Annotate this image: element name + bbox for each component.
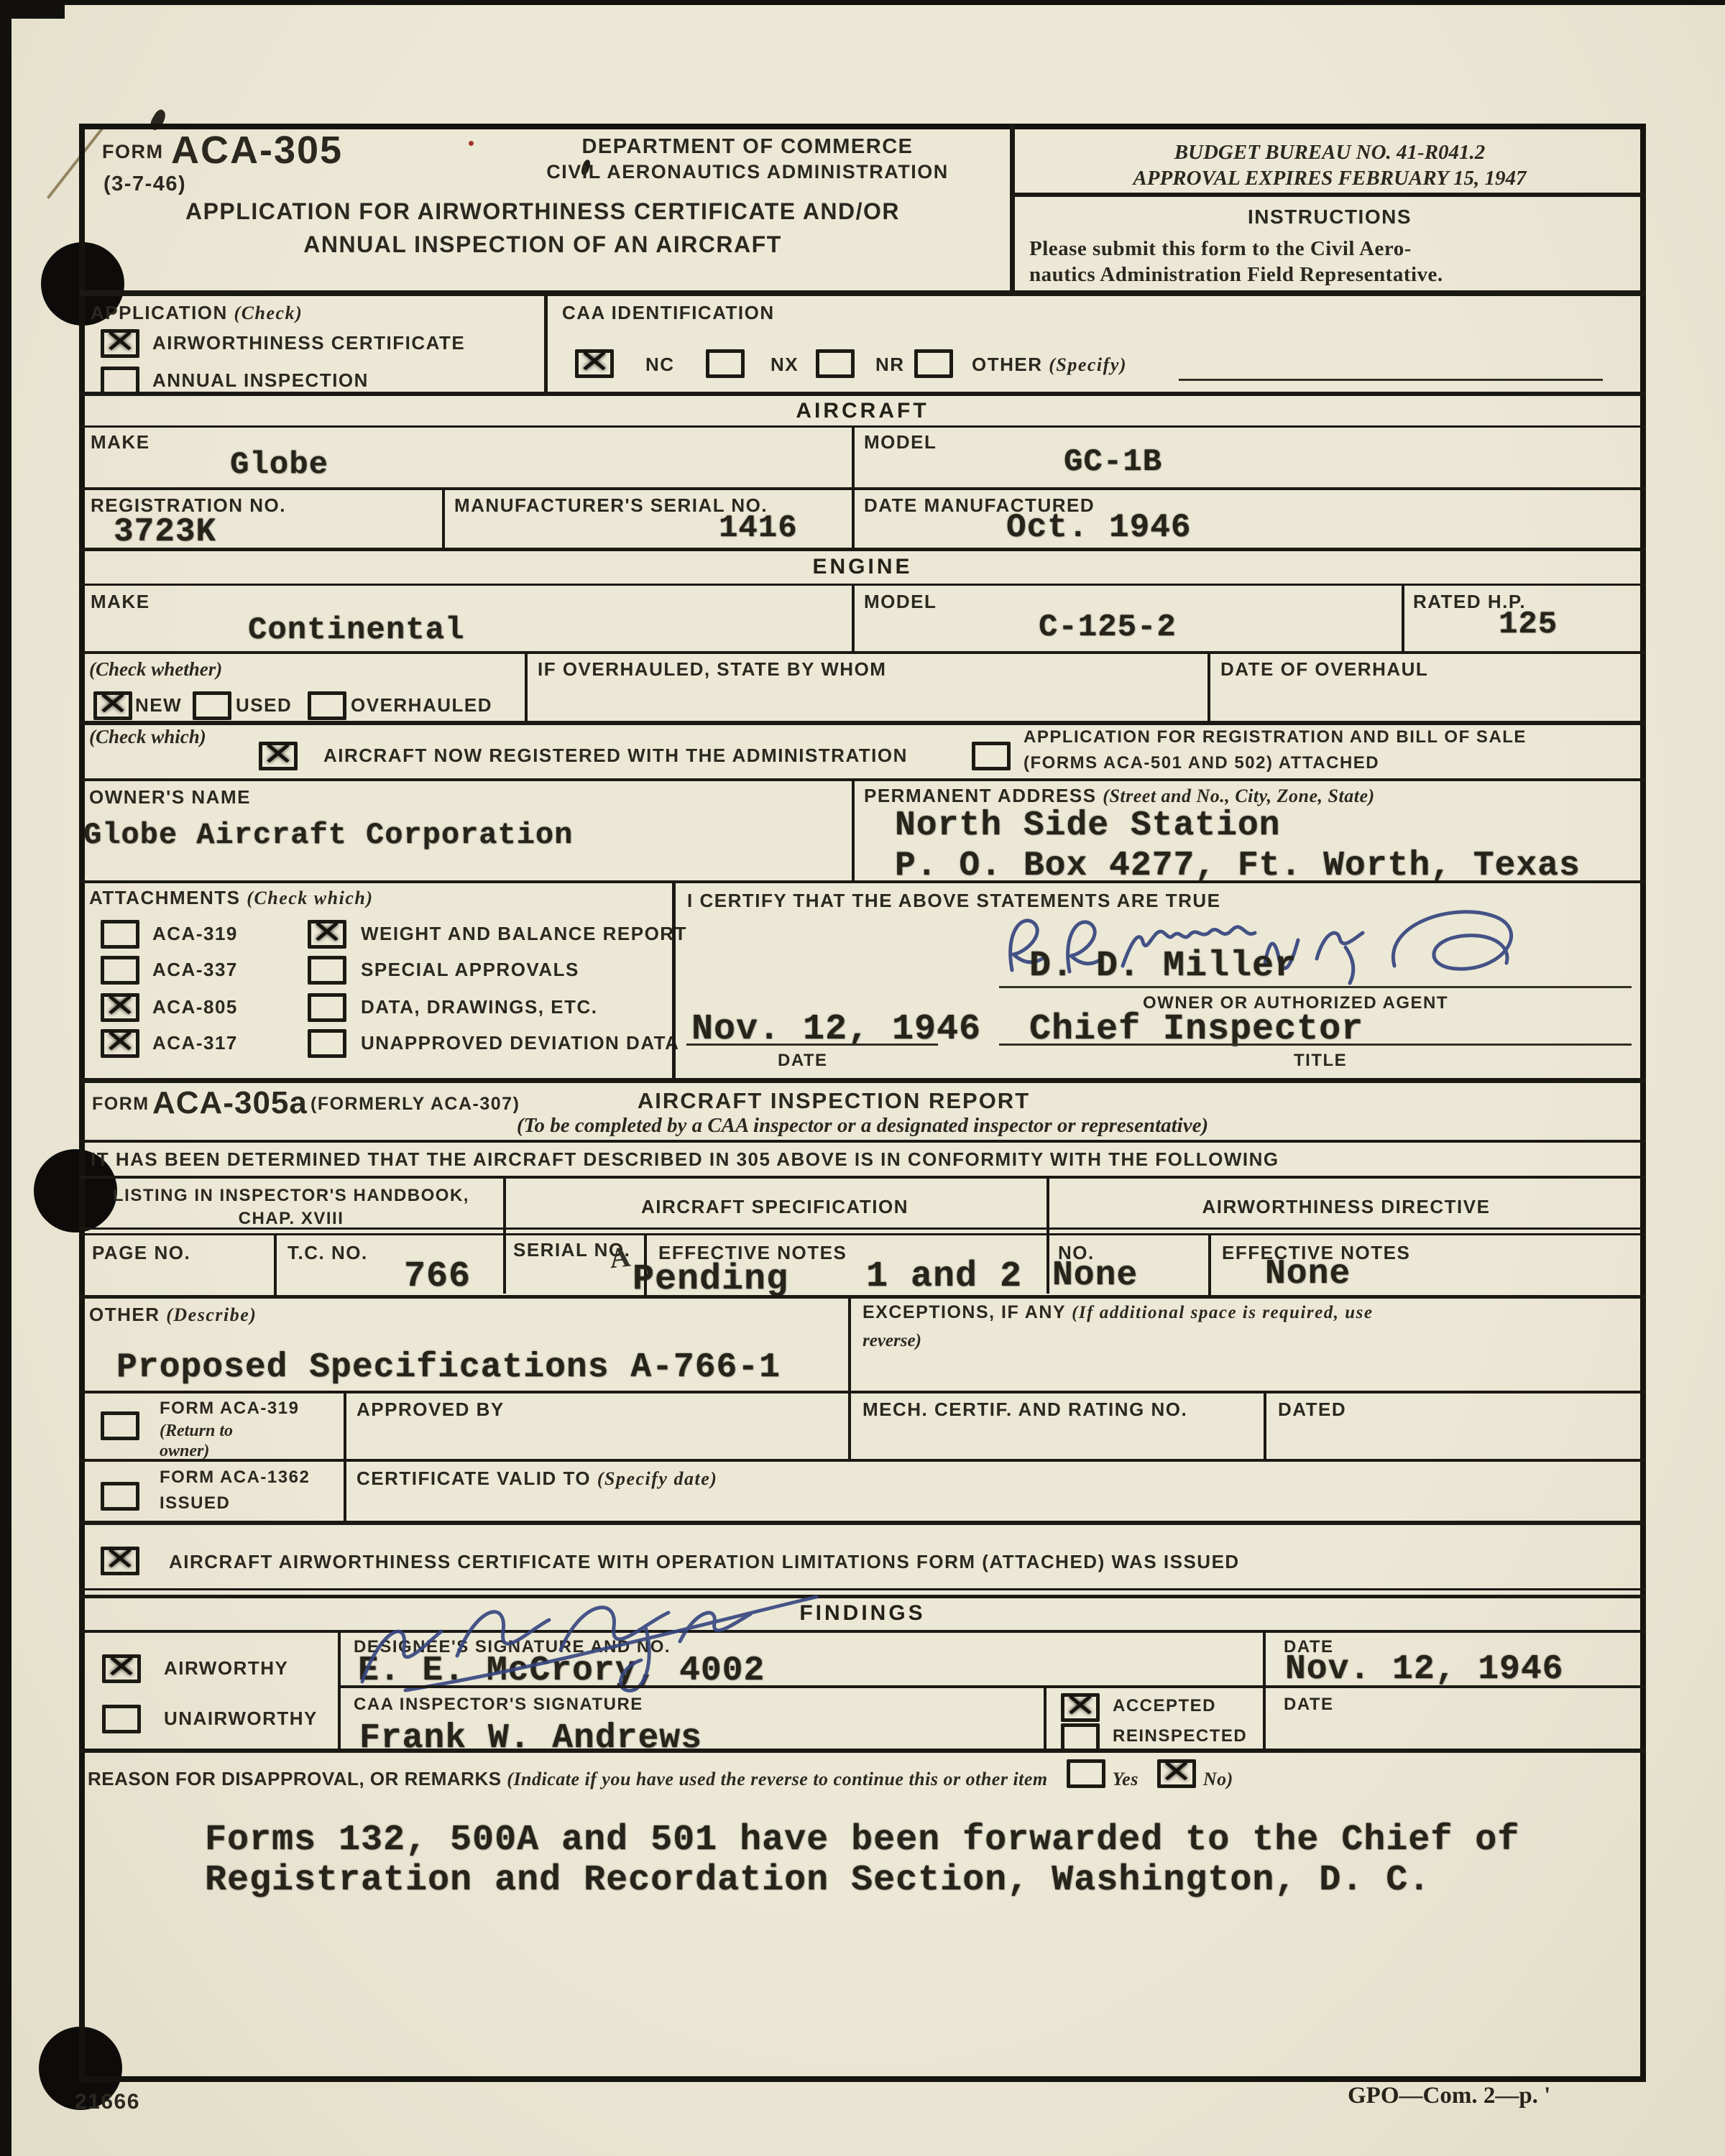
aircraft-make-value: Globe	[230, 447, 328, 483]
aca-319-checkbox[interactable]	[101, 920, 139, 949]
rule	[79, 584, 1646, 586]
report-title: AIRCRAFT INSPECTION REPORT	[546, 1088, 1121, 1114]
rule	[1010, 193, 1646, 197]
rule	[852, 584, 855, 651]
rated-hp-value: 125	[1499, 607, 1558, 642]
annual-inspection-label: ANNUAL INSPECTION	[152, 369, 369, 392]
form-aca-319-label2: (Return to	[160, 1422, 233, 1441]
bill-of-sale-checkbox[interactable]	[972, 742, 1011, 770]
remarks-no-checkbox[interactable]	[1157, 1759, 1196, 1788]
rule	[848, 1393, 851, 1459]
footer-form-stock-number: 21666	[75, 2090, 140, 2114]
rule	[672, 883, 676, 1078]
nc-checkbox[interactable]	[575, 349, 614, 378]
form-aca-319-checkbox[interactable]	[101, 1411, 139, 1440]
engine-new-checkbox[interactable]	[93, 691, 132, 720]
rule	[848, 1299, 851, 1391]
effective-notes-label: EFFECTIVE NOTES	[658, 1242, 847, 1264]
report-form-label: FORM	[92, 1094, 149, 1115]
unairworthy-label: UNAIRWORTHY	[164, 1708, 318, 1730]
rule	[79, 778, 1646, 781]
aca-319-label: ACA-319	[152, 923, 238, 945]
form-date: (3-7-46)	[103, 172, 186, 196]
accepted-label: ACCEPTED	[1113, 1696, 1216, 1716]
scanned-form-page: FORM ACA-305 (3-7-46) DEPARTMENT OF COMM…	[0, 0, 1725, 2156]
rule	[338, 1685, 1646, 1688]
nx-checkbox[interactable]	[706, 349, 745, 378]
valid-label-main: CERTIFICATE VALID TO	[356, 1468, 597, 1489]
form-aca-1362-checkbox[interactable]	[101, 1482, 139, 1511]
rule	[274, 1233, 277, 1295]
report-formerly: (FORMERLY ACA-307)	[310, 1094, 520, 1115]
unapproved-deviation-checkbox[interactable]	[308, 1029, 346, 1058]
form-aca-319-label: FORM ACA-319	[160, 1399, 299, 1419]
scan-edge-left	[0, 0, 11, 2156]
rule	[344, 1462, 346, 1521]
col3-header: AIRWORTHINESS DIRECTIVE	[1046, 1196, 1646, 1218]
overhauled-by-whom-label: IF OVERHAULED, STATE BY WHOM	[538, 658, 886, 681]
caa-inspector-signature-label: CAA INSPECTOR'S SIGNATURE	[354, 1695, 643, 1715]
effective-notes-value: 1 and 2	[866, 1256, 1022, 1297]
remarks-label: REASON FOR DISAPPROVAL, OR REMARKS (Indi…	[88, 1759, 1233, 1790]
engine-model-label: MODEL	[864, 591, 937, 613]
check-whether-label: (Check whether)	[89, 658, 222, 681]
address-line2-value: P. O. Box 4277, Ft. Worth, Texas	[895, 847, 1581, 885]
caa-identification-label: CAA IDENTIFICATION	[562, 302, 775, 324]
address-label-paren: (Street and No., City, Zone, State)	[1103, 786, 1374, 806]
remarks-line2: Registration and Recordation Section, Wa…	[205, 1860, 1430, 1901]
rule	[544, 296, 548, 392]
annual-inspection-checkbox[interactable]	[101, 367, 139, 395]
aircraft-section-title: AIRCRAFT	[79, 399, 1646, 423]
budget-line1: BUDGET BUREAU NO. 41-R041.2	[1035, 141, 1624, 165]
other-describe-value: Proposed Specifications A-766-1	[116, 1348, 781, 1387]
form-title-line2: ANNUAL INSPECTION OF AN AIRCRAFT	[108, 231, 977, 258]
scan-edge-top	[0, 0, 1725, 5]
rule	[344, 1393, 346, 1459]
data-drawings-checkbox[interactable]	[308, 993, 346, 1022]
rule	[1402, 584, 1404, 651]
bill-of-sale-label-line2: (FORMS ACA-501 AND 502) ATTACHED	[1023, 753, 1379, 773]
rule	[1208, 1233, 1211, 1295]
nr-label: NR	[875, 354, 905, 376]
rule	[79, 1233, 1646, 1235]
exceptions-label-line1: EXCEPTIONS, IF ANY (If additional space …	[862, 1302, 1373, 1323]
application-label-paren: (Check)	[234, 303, 303, 323]
engine-make-value: Continental	[248, 612, 464, 648]
bill-of-sale-label-line1: APPLICATION FOR REGISTRATION AND BILL OF…	[1023, 727, 1527, 747]
nc-label: NC	[645, 354, 675, 376]
weight-balance-checkbox[interactable]	[308, 920, 346, 949]
report-subtitle: (To be completed by a CAA inspector or a…	[79, 1114, 1646, 1138]
aircraft-model-value: GC-1B	[1064, 444, 1162, 480]
airworthy-label: AIRWORTHY	[164, 1657, 288, 1680]
instructions-line1: Please submit this form to the Civil Aer…	[1029, 237, 1412, 261]
exceptions-ital1: (If additional space is required, use	[1072, 1303, 1373, 1322]
remarks-no-label: No)	[1203, 1769, 1233, 1789]
cert-issued-checkbox[interactable]	[101, 1547, 139, 1575]
date-manufactured-value: Oct. 1946	[1006, 509, 1191, 546]
rule	[525, 654, 528, 721]
aca-805-checkbox[interactable]	[101, 993, 139, 1022]
rule	[79, 1749, 1646, 1753]
rule	[852, 425, 855, 487]
directive-no-value: None	[1052, 1256, 1138, 1295]
unairworthy-checkbox[interactable]	[102, 1705, 141, 1733]
cert-title-label: TITLE	[1294, 1051, 1347, 1071]
directive-notes-value: None	[1265, 1255, 1351, 1294]
rule	[852, 781, 855, 880]
other-id-label-paren: (Specify)	[1049, 354, 1127, 375]
address-label-main: PERMANENT ADDRESS	[864, 785, 1097, 806]
data-drawings-label: DATA, DRAWINGS, ETC.	[361, 996, 597, 1018]
owner-signature-line[interactable]	[999, 986, 1632, 988]
page-no-label: PAGE NO.	[92, 1242, 190, 1264]
attachments-label-paren: (Check which)	[247, 888, 373, 908]
airworthy-checkbox[interactable]	[102, 1654, 141, 1683]
other-id-blank-line[interactable]	[1179, 379, 1603, 381]
nr-checkbox[interactable]	[816, 349, 855, 378]
col1-header-line1: LISTING IN INSPECTOR'S HANDBOOK,	[86, 1186, 496, 1206]
rule	[79, 1459, 1646, 1462]
rule	[79, 1140, 1646, 1143]
reinspected-label: REINSPECTED	[1113, 1726, 1247, 1746]
check-which-label: (Check which)	[89, 726, 206, 748]
owner-name-label: OWNER'S NAME	[89, 786, 251, 808]
department-line2: CIVIL AERONAUTICS ADMINISTRATION	[503, 161, 992, 183]
other-describe-label: OTHER (Describe)	[89, 1304, 257, 1326]
reinspected-checkbox[interactable]	[1061, 1723, 1100, 1752]
budget-line2: APPROVAL EXPIRES FEBRUARY 15, 1947	[1035, 167, 1624, 190]
rule	[79, 290, 1646, 296]
rule	[1044, 1688, 1046, 1749]
remarks-yes-label: Yes	[1113, 1769, 1138, 1789]
remarks-label-main: REASON FOR DISAPPROVAL, OR REMARKS	[88, 1768, 507, 1789]
col1-header-line2: CHAP. XVIII	[86, 1209, 496, 1229]
mech-certif-label: MECH. CERTIF. AND RATING NO.	[862, 1399, 1187, 1421]
rule	[79, 392, 1646, 396]
designee-date-value: Nov. 12, 1946	[1285, 1650, 1563, 1689]
engine-used-checkbox[interactable]	[193, 691, 231, 720]
findings-section-title: FINDINGS	[79, 1601, 1646, 1626]
approved-by-label: APPROVED BY	[356, 1399, 505, 1421]
owner-name-value: Globe Aircraft Corporation	[83, 818, 573, 852]
cert-date-line[interactable]	[686, 1044, 938, 1046]
serial-handwritten-annotation: A	[608, 1240, 632, 1276]
rule	[79, 880, 1646, 883]
engine-model-value: C-125-2	[1039, 609, 1177, 645]
conformity-statement: IT HAS BEEN DETERMINED THAT THE AIRCRAFT…	[91, 1148, 1279, 1171]
date-of-overhaul-label: DATE OF OVERHAUL	[1220, 658, 1428, 681]
exceptions-label-line2: reverse)	[862, 1331, 921, 1351]
rule	[1207, 654, 1210, 721]
engine-used-label: USED	[236, 694, 292, 717]
registered-checkbox[interactable]	[259, 742, 298, 770]
scan-edge-corner	[0, 0, 65, 19]
cert-issued-label: AIRCRAFT AIRWORTHINESS CERTIFICATE WITH …	[169, 1551, 1240, 1573]
weight-balance-label: WEIGHT AND BALANCE REPORT	[361, 923, 687, 945]
engine-new-label: NEW	[135, 694, 182, 717]
engine-make-label: MAKE	[91, 591, 150, 613]
remarks-line1: Forms 132, 500A and 501 have been forwar…	[205, 1820, 1519, 1861]
registered-label: AIRCRAFT NOW REGISTERED WITH THE ADMINIS…	[323, 745, 908, 767]
rule	[79, 651, 1646, 654]
airworthiness-certificate-checkbox[interactable]	[101, 329, 139, 358]
dated-label: DATED	[1278, 1399, 1346, 1421]
aca-337-label: ACA-337	[152, 959, 238, 981]
exceptions-main: EXCEPTIONS, IF ANY	[862, 1302, 1072, 1322]
application-label: APPLICATION (Check)	[91, 302, 303, 324]
form-aca-1362-label2: ISSUED	[160, 1493, 230, 1514]
rule	[79, 487, 1646, 490]
remarks-yes-checkbox[interactable]	[1067, 1759, 1105, 1788]
aircraft-make-label: MAKE	[91, 431, 150, 453]
application-label-main: APPLICATION	[91, 302, 228, 323]
attachments-label-main: ATTACHMENTS	[89, 887, 241, 908]
aca-317-checkbox[interactable]	[101, 1029, 139, 1058]
rule	[79, 425, 1646, 428]
form-title-line1: APPLICATION FOR AIRWORTHINESS CERTIFICAT…	[108, 198, 977, 225]
tc-no-value: 766	[404, 1256, 471, 1297]
rule	[79, 1295, 1646, 1299]
form-label: FORM	[102, 141, 163, 163]
engine-overhauled-label: OVERHAULED	[351, 694, 492, 717]
owner-signature-typed: D. D. Miller	[1029, 946, 1297, 987]
department-line1: DEPARTMENT OF COMMERCE	[503, 135, 992, 159]
engine-section-title: ENGINE	[79, 555, 1646, 579]
accepted-checkbox[interactable]	[1061, 1693, 1100, 1722]
aircraft-model-label: MODEL	[864, 431, 937, 453]
address-line1-value: North Side Station	[895, 806, 1280, 845]
aca-317-label: ACA-317	[152, 1032, 238, 1054]
form-aca-1362-label: FORM ACA-1362	[160, 1468, 310, 1488]
serial-value: Pending	[632, 1259, 788, 1300]
rule	[79, 548, 1646, 551]
other-label-paren: (Describe)	[166, 1304, 257, 1325]
other-id-label: OTHER (Specify)	[972, 354, 1127, 376]
special-approvals-checkbox[interactable]	[308, 956, 346, 985]
registration-value: 3723K	[114, 513, 216, 550]
accepted-date-label: DATE	[1284, 1695, 1334, 1715]
instructions-title: INSTRUCTIONS	[1035, 206, 1624, 229]
rule	[1010, 124, 1015, 295]
cert-date-label: DATE	[778, 1051, 828, 1071]
rule	[79, 1521, 1646, 1525]
rule	[79, 721, 1646, 725]
engine-overhauled-checkbox[interactable]	[308, 691, 346, 720]
rule	[79, 1227, 1646, 1230]
rule	[79, 1078, 1646, 1083]
unapproved-deviation-label: UNAPPROVED DEVIATION DATA	[361, 1032, 679, 1054]
airworthiness-certificate-label: AIRWORTHINESS CERTIFICATE	[152, 332, 465, 354]
instructions-line2: nautics Administration Field Representat…	[1029, 263, 1443, 287]
rule	[79, 1176, 1646, 1179]
certificate-valid-label: CERTIFICATE VALID TO (Specify date)	[356, 1468, 717, 1490]
other-id-checkbox[interactable]	[914, 349, 953, 378]
rule	[1263, 1633, 1266, 1749]
other-label-main: OTHER	[89, 1304, 160, 1325]
form-aca-319-label3: owner)	[160, 1442, 209, 1461]
remarks-label-italic: (Indicate if you have used the reverse t…	[507, 1769, 1047, 1789]
rule	[1264, 1393, 1266, 1459]
rule	[442, 487, 445, 548]
aca-805-label: ACA-805	[152, 996, 238, 1018]
cert-title-line[interactable]	[999, 1044, 1632, 1046]
rule	[79, 1630, 1646, 1633]
aca-337-checkbox[interactable]	[101, 956, 139, 985]
designee-signature-ink	[336, 1581, 854, 1710]
other-id-label-main: OTHER	[972, 354, 1043, 375]
rule	[79, 1391, 1646, 1393]
col2-header: AIRCRAFT SPECIFICATION	[503, 1196, 1046, 1218]
special-approvals-label: SPECIAL APPROVALS	[361, 959, 579, 981]
rule	[79, 1588, 1646, 1590]
rule	[79, 1595, 1646, 1598]
nx-label: NX	[770, 354, 799, 376]
form-number: ACA-305	[171, 128, 343, 172]
footer-gpo-imprint: GPO—Com. 2—p. '	[1348, 2083, 1550, 2109]
attachments-label: ATTACHMENTS (Check which)	[89, 887, 373, 909]
tc-no-label: T.C. NO.	[287, 1242, 368, 1264]
permanent-address-label: PERMANENT ADDRESS (Street and No., City,…	[864, 785, 1375, 807]
valid-label-paren: (Specify date)	[597, 1468, 718, 1489]
rule	[852, 487, 855, 548]
mfr-serial-value: 1416	[719, 510, 798, 546]
